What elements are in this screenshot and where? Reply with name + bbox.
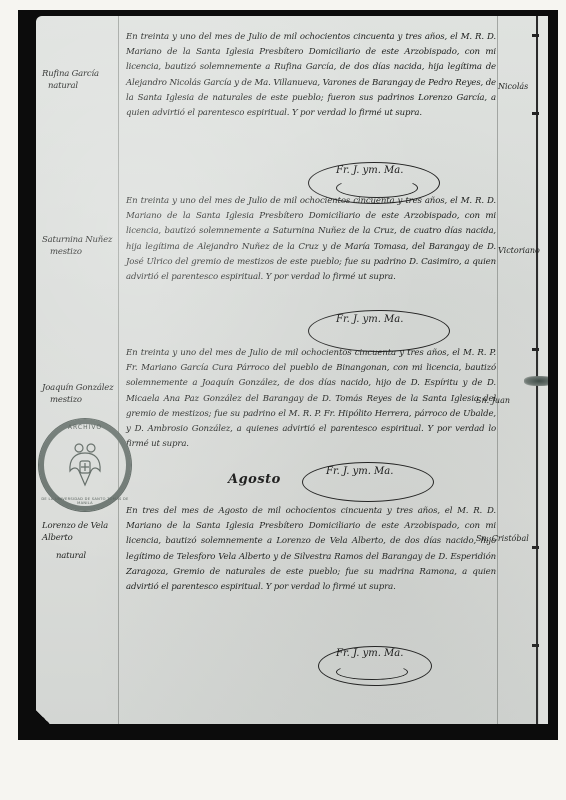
- rubric-flourish: [336, 664, 408, 680]
- right-margin-note-entry-2: Victoriano: [498, 246, 548, 255]
- margin-note-entry-2: Saturnina Nuñez mestizo: [42, 234, 116, 258]
- right-margin-note-entry-1: Nicolás: [498, 82, 548, 91]
- signature-text: Fr. J. ym. Ma.: [336, 314, 403, 325]
- margin-note-status: natural: [42, 550, 116, 562]
- signature-text: Fr. J. ym. Ma.: [336, 165, 403, 176]
- margin-note-status: mestizo: [42, 246, 116, 258]
- entry-text: En treinta y uno del mes de Julio de mil…: [126, 32, 496, 118]
- margin-note-name: Joaquín González: [42, 382, 116, 394]
- seal-top-text: ARCHIVO: [39, 424, 131, 431]
- right-margin-note-entry-3: Sn. Juan: [476, 396, 536, 405]
- month-heading: Agosto: [228, 472, 281, 487]
- double-headed-eagle-icon: [65, 441, 105, 489]
- margin-note-status: mestizo: [42, 394, 116, 406]
- margin-note-name: Lorenzo de Vela Alberto: [42, 520, 116, 544]
- baptism-entry-1: En treinta y uno del mes de Julio de mil…: [126, 30, 496, 121]
- margin-note-entry-3: Joaquín González mestizo: [42, 382, 116, 406]
- entry-text: En tres del mes de Agosto de mil ochocie…: [126, 506, 496, 592]
- baptism-entry-2: En treinta y uno del mes de Julio de mil…: [126, 194, 496, 285]
- archive-seal: ARCHIVO DE LA UNIVERSIDAD DE SANTO TOMÁS…: [38, 418, 132, 512]
- left-margin-rule: [118, 16, 119, 724]
- right-margin-note-entry-4: Sn. Cristóbal: [476, 534, 536, 543]
- adjacent-page-edge: [539, 16, 548, 724]
- manuscript-page: Rufina García natural En treinta y uno d…: [36, 16, 548, 724]
- signature-text: Fr. J. ym. Ma.: [336, 648, 403, 659]
- margin-note-entry-1: Rufina García natural: [42, 68, 116, 92]
- margin-note-name: Saturnina Nuñez: [42, 234, 116, 246]
- signature-text: Fr. J. ym. Ma.: [326, 466, 393, 477]
- entry-text: En treinta y uno del mes de Julio de mil…: [126, 196, 496, 282]
- binding-gutter-line: [536, 16, 538, 724]
- margin-note-status: natural: [42, 80, 116, 92]
- ink-stain: [524, 376, 548, 386]
- entry-text: En treinta y uno del mes de Julio de mil…: [126, 348, 496, 449]
- page-corner-fold: [36, 710, 50, 724]
- right-margin-rule: [497, 16, 498, 724]
- baptism-entry-3: En treinta y uno del mes de Julio de mil…: [126, 346, 496, 452]
- seal-bottom-text: DE LA UNIVERSIDAD DE SANTO TOMÁS DE MANI…: [39, 497, 131, 505]
- margin-note-entry-4: Lorenzo de Vela Alberto natural: [42, 520, 116, 562]
- baptism-entry-4: En tres del mes de Agosto de mil ochocie…: [126, 504, 496, 595]
- margin-note-name: Rufina García: [42, 68, 116, 80]
